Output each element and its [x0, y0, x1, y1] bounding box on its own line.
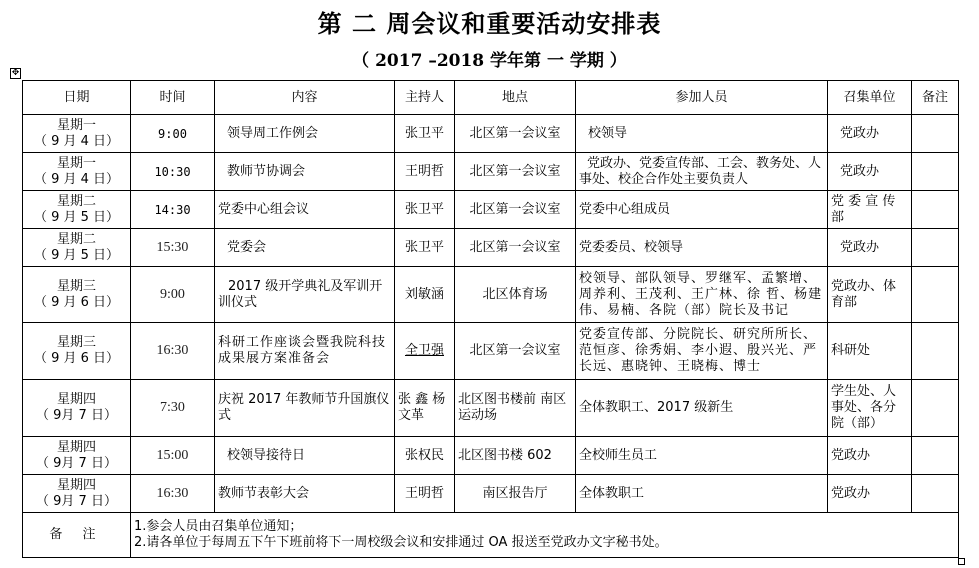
header-time: 时间: [131, 81, 215, 115]
host-cell: 刘敏涵: [395, 267, 455, 323]
time-cell: 16:30: [131, 475, 215, 513]
host-cell: 全卫强: [395, 323, 455, 380]
time-cell: 9:00: [131, 115, 215, 153]
date-cell: 星期三（ 9 月 6 日）: [23, 267, 131, 323]
notes-content: 1.参会人员由召集单位通知； 2.请各单位于每周五下午下班前将下一周校级会议和安…: [131, 513, 959, 558]
organizer-cell: 党 委 宣 传 部: [828, 191, 912, 229]
date-cell: 星期二（ 9 月 5 日）: [23, 229, 131, 267]
content-cell: 党委中心组会议: [215, 191, 395, 229]
organizer-cell: 党政办: [828, 475, 912, 513]
time-cell: 7:30: [131, 380, 215, 437]
host-cell: 张卫平: [395, 191, 455, 229]
document-subtitle: （ 2017 –2018 学年第 一 学期 ）: [0, 46, 979, 71]
content-cell: 科研工作座谈会暨我院科技成果展方案准备会: [215, 323, 395, 380]
date-cell: 星期一（ 9 月 4 日）: [23, 153, 131, 191]
remarks-cell: [912, 229, 959, 267]
content-cell: 2017 级开学典礼及军训开训仪式: [215, 267, 395, 323]
location-cell: 南区报告厅: [455, 475, 576, 513]
notes-label: 备 注: [23, 513, 131, 558]
table-row: 星期二（ 9 月 5 日） 15:30 党委会 张卫平 北区第一会议室 党委委员…: [23, 229, 959, 267]
host-cell: 张权民: [395, 437, 455, 475]
header-host: 主持人: [395, 81, 455, 115]
table-resize-handle-icon[interactable]: [958, 558, 965, 565]
organizer-cell: 党政办: [828, 153, 912, 191]
table-row: 星期三（ 9 月 6 日） 16:30 科研工作座谈会暨我院科技成果展方案准备会…: [23, 323, 959, 380]
organizer-cell: 学生处、人事处、各分院（部）: [828, 380, 912, 437]
table-row: 星期四（ 9月 7 日） 7:30 庆祝 2017 年教师节升国旗仪式 张 鑫 …: [23, 380, 959, 437]
content-cell: 领导周工作例会: [215, 115, 395, 153]
participants-cell: 全体教职工: [576, 475, 828, 513]
time-cell: 15:00: [131, 437, 215, 475]
location-cell: 北区第一会议室: [455, 229, 576, 267]
remarks-cell: [912, 153, 959, 191]
organizer-cell: 党政办、体育部: [828, 267, 912, 323]
remarks-cell: [912, 380, 959, 437]
table-row: 星期一（ 9 月 4 日） 9:00 领导周工作例会 张卫平 北区第一会议室 校…: [23, 115, 959, 153]
table-row: 星期四（ 9月 7 日） 15:00 校领导接待日 张权民 北区图书楼 602 …: [23, 437, 959, 475]
date-cell: 星期二（ 9 月 5 日）: [23, 191, 131, 229]
content-cell: 党委会: [215, 229, 395, 267]
notes-row: 备 注 1.参会人员由召集单位通知； 2.请各单位于每周五下午下班前将下一周校级…: [23, 513, 959, 558]
host-cell: 王明哲: [395, 153, 455, 191]
table-row: 星期三（ 9 月 6 日） 9:00 2017 级开学典礼及军训开训仪式 刘敏涵…: [23, 267, 959, 323]
content-cell: 庆祝 2017 年教师节升国旗仪式: [215, 380, 395, 437]
date-cell: 星期四（ 9月 7 日）: [23, 475, 131, 513]
organizer-cell: 党政办: [828, 229, 912, 267]
note-line: 2.请各单位于每周五下午下班前将下一周校级会议和安排通过 OA 报送至党政办文字…: [134, 535, 955, 551]
host-cell: 张卫平: [395, 229, 455, 267]
remarks-cell: [912, 115, 959, 153]
table-row: 星期四（ 9月 7 日） 16:30 教师节表彰大会 王明哲 南区报告厅 全体教…: [23, 475, 959, 513]
remarks-cell: [912, 323, 959, 380]
time-cell: 9:00: [131, 267, 215, 323]
participants-cell: 全校师生员工: [576, 437, 828, 475]
participants-cell: 校领导: [576, 115, 828, 153]
remarks-cell: [912, 475, 959, 513]
header-participants: 参加人员: [576, 81, 828, 115]
table-row: 星期一（ 9 月 4 日） 10:30 教师节协调会 王明哲 北区第一会议室 党…: [23, 153, 959, 191]
content-cell: 教师节表彰大会: [215, 475, 395, 513]
location-cell: 北区第一会议室: [455, 115, 576, 153]
participants-cell: 党委委员、校领导: [576, 229, 828, 267]
time-cell: 14:30: [131, 191, 215, 229]
organizer-cell: 党政办: [828, 115, 912, 153]
time-cell: 10:30: [131, 153, 215, 191]
location-cell: 北区第一会议室: [455, 153, 576, 191]
header-organizer: 召集单位: [828, 81, 912, 115]
location-cell: 北区第一会议室: [455, 191, 576, 229]
content-cell: 教师节协调会: [215, 153, 395, 191]
table-header-row: 日期 时间 内容 主持人 地点 参加人员 召集单位 备注: [23, 81, 959, 115]
table-row: 星期二（ 9 月 5 日） 14:30 党委中心组会议 张卫平 北区第一会议室 …: [23, 191, 959, 229]
participants-cell: 校领导、部队领导、罗继军、孟繁增、周养利、王茂利、王广林、徐 哲、杨建伟、易楠、…: [576, 267, 828, 323]
remarks-cell: [912, 191, 959, 229]
participants-cell: 党委宣传部、分院院长、研究所所长、范恒彦、徐秀娟、李小遐、殷兴光、严长远、惠晓钟…: [576, 323, 828, 380]
location-cell: 北区图书楼 602: [455, 437, 576, 475]
table-move-handle-icon[interactable]: ✥: [10, 68, 21, 79]
header-content: 内容: [215, 81, 395, 115]
organizer-cell: 党政办: [828, 437, 912, 475]
content-cell: 校领导接待日: [215, 437, 395, 475]
note-line: 1.参会人员由召集单位通知；: [134, 519, 955, 535]
schedule-table: 日期 时间 内容 主持人 地点 参加人员 召集单位 备注 星期一（ 9 月 4 …: [22, 80, 959, 558]
remarks-cell: [912, 267, 959, 323]
date-cell: 星期一（ 9 月 4 日）: [23, 115, 131, 153]
organizer-cell: 科研处: [828, 323, 912, 380]
location-cell: 北区体育场: [455, 267, 576, 323]
time-cell: 15:30: [131, 229, 215, 267]
date-cell: 星期三（ 9 月 6 日）: [23, 323, 131, 380]
participants-cell: 党政办、党委宣传部、工会、教务处、人事处、校企合作处主要负责人: [576, 153, 828, 191]
host-cell: 王明哲: [395, 475, 455, 513]
header-location: 地点: [455, 81, 576, 115]
date-cell: 星期四（ 9月 7 日）: [23, 437, 131, 475]
header-date: 日期: [23, 81, 131, 115]
time-cell: 16:30: [131, 323, 215, 380]
location-cell: 北区第一会议室: [455, 323, 576, 380]
date-cell: 星期四（ 9月 7 日）: [23, 380, 131, 437]
host-cell: 张 鑫 杨文革: [395, 380, 455, 437]
remarks-cell: [912, 437, 959, 475]
participants-cell: 党委中心组成员: [576, 191, 828, 229]
participants-cell: 全体教职工、2017 级新生: [576, 380, 828, 437]
document-title: 第 二 周会议和重要活动安排表: [0, 4, 979, 39]
header-remarks: 备注: [912, 81, 959, 115]
host-cell: 张卫平: [395, 115, 455, 153]
location-cell: 北区图书楼前 南区运动场: [455, 380, 576, 437]
